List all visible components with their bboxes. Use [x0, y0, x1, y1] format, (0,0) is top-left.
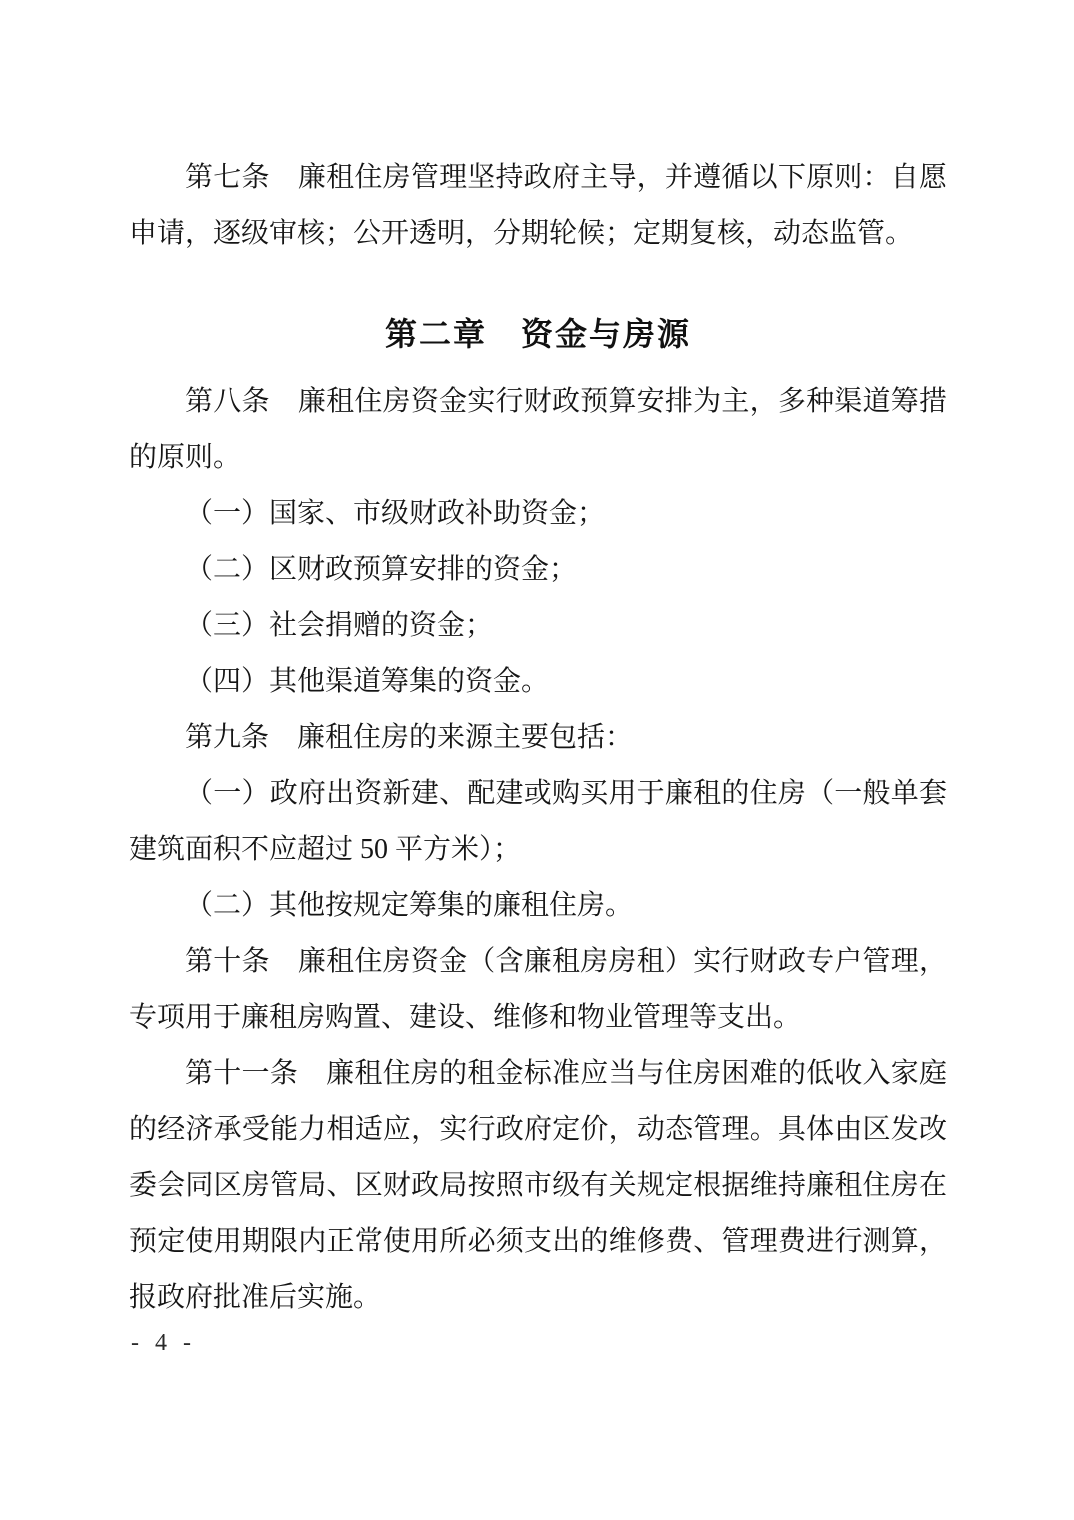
- funds-source-item-4: （四）其他渠道筹集的资金。: [129, 654, 947, 710]
- article-10-paragraph: 第十条 廉租住房资金（含廉租房房租）实行财政专户管理，专项用于廉租房购置、建设、…: [129, 934, 947, 1046]
- funds-source-item-3: （三）社会捐赠的资金；: [129, 598, 947, 654]
- document-page: 第七条 廉租住房管理坚持政府主导，并遵循以下原则：自愿申请，逐级审核；公开透明，…: [0, 0, 1074, 1520]
- funds-source-item-2: （二）区财政预算安排的资金；: [129, 542, 947, 598]
- housing-source-item-2: （二）其他按规定筹集的廉租住房。: [129, 878, 947, 934]
- article-8-paragraph: 第八条 廉租住房资金实行财政预算安排为主，多种渠道筹措的原则。: [129, 374, 947, 486]
- page-number: - 4 -: [131, 1330, 196, 1357]
- chapter-2-heading: 第二章 资金与房源: [129, 306, 947, 362]
- article-7-paragraph: 第七条 廉租住房管理坚持政府主导，并遵循以下原则：自愿申请，逐级审核；公开透明，…: [129, 150, 947, 262]
- document-body: 第七条 廉租住房管理坚持政府主导，并遵循以下原则：自愿申请，逐级审核；公开透明，…: [129, 150, 947, 1326]
- article-9-paragraph: 第九条 廉租住房的来源主要包括：: [129, 710, 947, 766]
- funds-source-item-1: （一）国家、市级财政补助资金；: [129, 486, 947, 542]
- housing-source-item-1: （一）政府出资新建、配建或购买用于廉租的住房（一般单套建筑面积不应超过 50 平…: [129, 766, 947, 878]
- article-11-paragraph: 第十一条 廉租住房的租金标准应当与住房困难的低收入家庭的经济承受能力相适应，实行…: [129, 1046, 947, 1326]
